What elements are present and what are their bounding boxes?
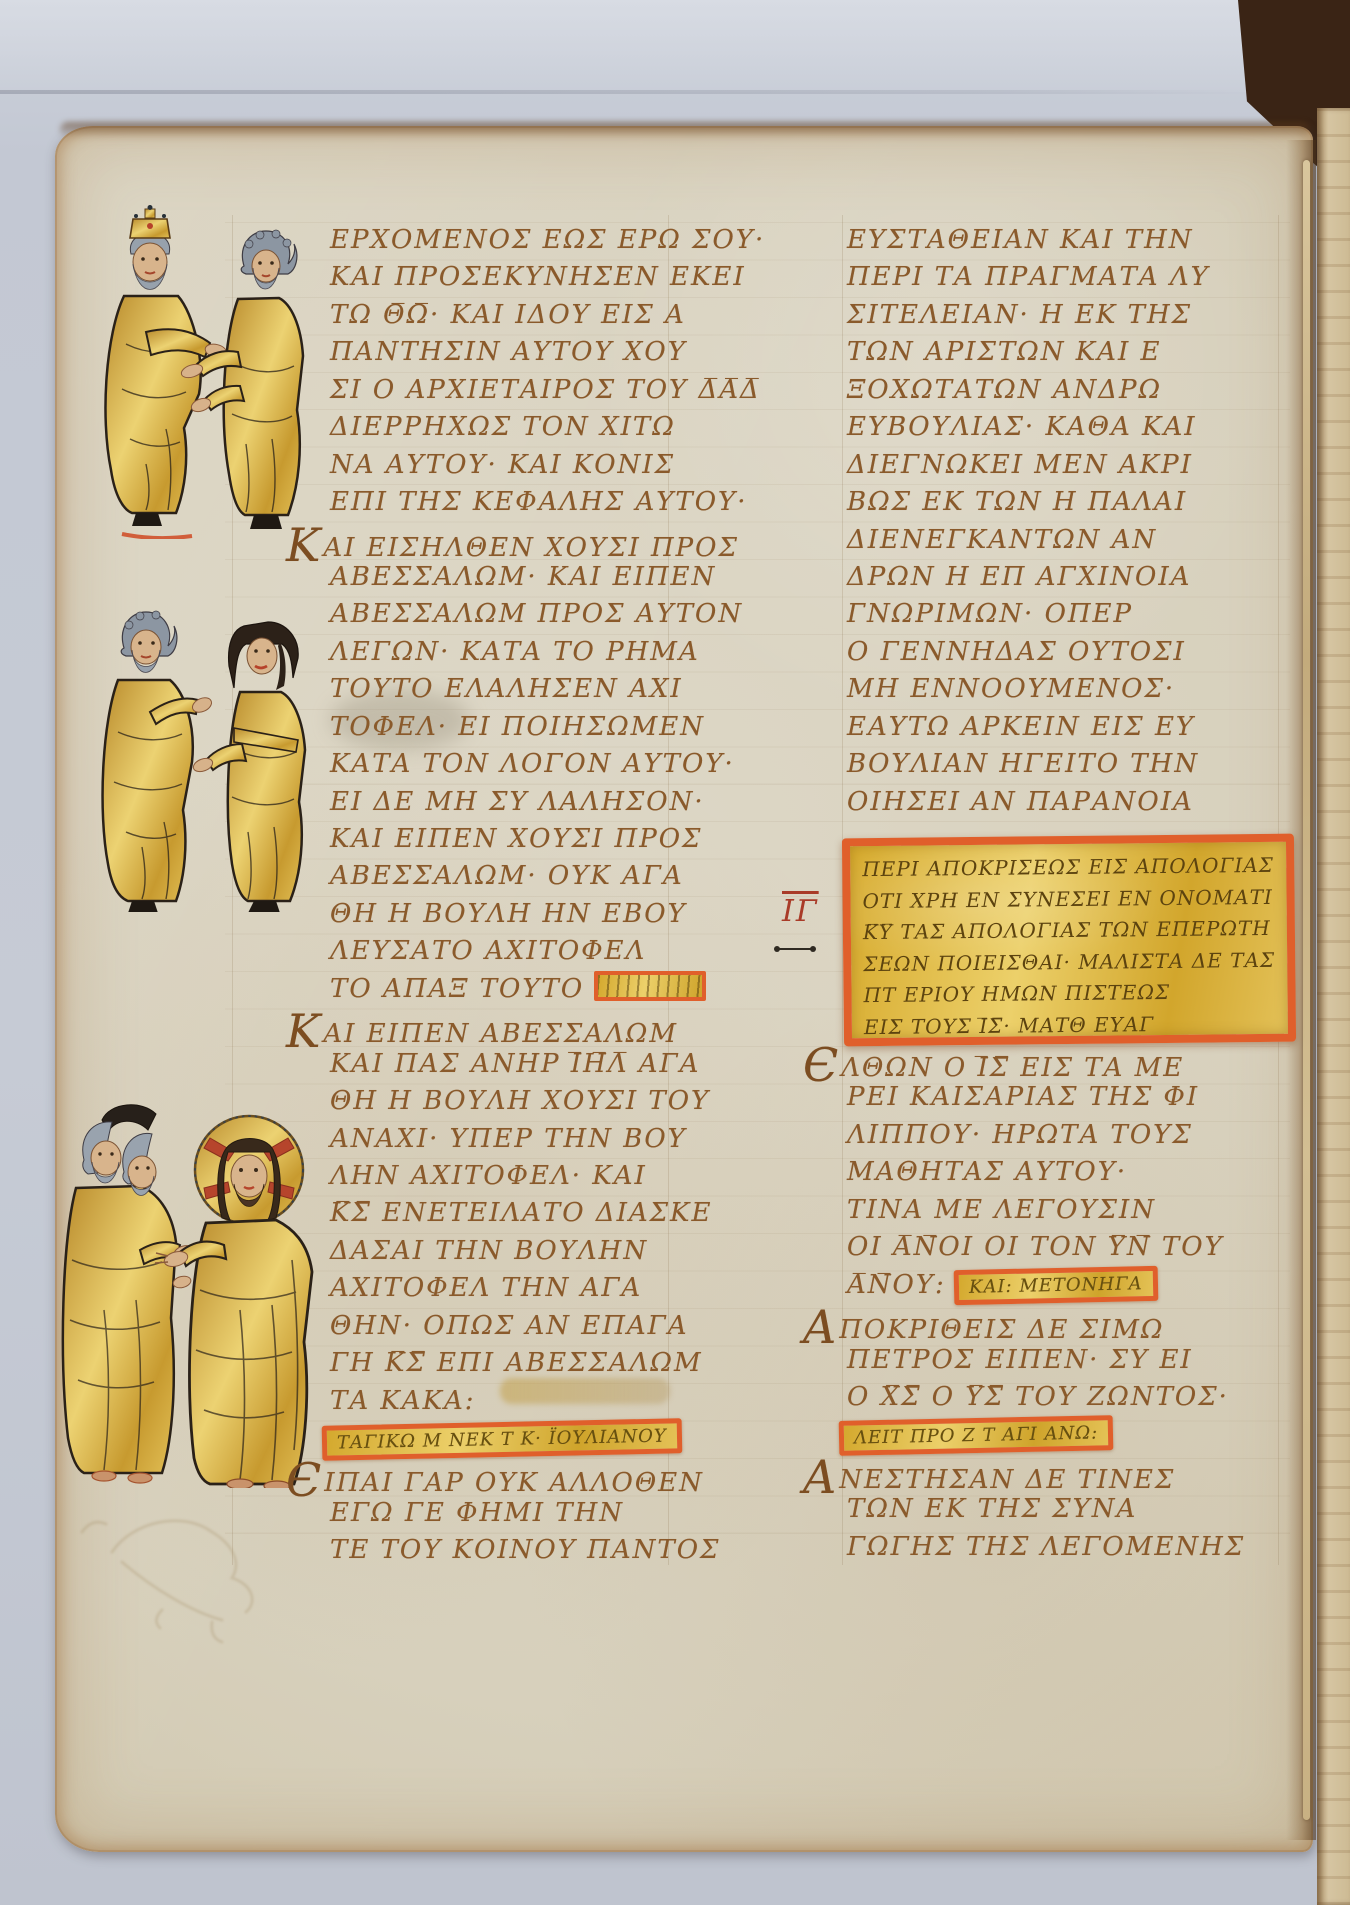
text-line: ΜΗ ΕΝΝΟΟΥΜΕΝΟΣ· xyxy=(847,671,1287,708)
text-line: ΜΑΘΗΤΑΣ ΑΥΤΟΥ· xyxy=(847,1154,1287,1191)
text-line: ΛΕΙΤ ΠΡΟ Ζ Τ ΑΓΙ ΑΝΩ: xyxy=(831,1416,1287,1453)
text-line: ΤΑ ΚΑΚΑ: xyxy=(330,1383,670,1420)
manuscript-photo: ΙΓ ΕΡΧΟΜΕΝΟΣ ΕΩΣ ΕΡΩ ΣΟΥ·ΚΑΙ ΠΡΟΣΕΚΥΝΗΣΕ… xyxy=(0,0,1350,1905)
text-line: Ο ΓΕΝΝΗΔΑΣ ΟΥΤΟΣΙ xyxy=(847,634,1287,671)
text-line: ΓΗ Κ̅Σ̅ ΕΠΙ ΑΒΕΣΣΑΛΩΜ xyxy=(330,1345,670,1382)
text-line: ΔΡΩΝ Η ΕΠ ΑΓΧΙΝΟΙΑ xyxy=(847,559,1287,596)
text-line: ΟΙΗΣΕΙ ΑΝ ΠΑΡΑΝΟΙΑ xyxy=(847,784,1287,821)
text-line: ΠΕΡΙ ΤΑ ΠΡΑΓΜΑΤΑ ΛΥ xyxy=(847,259,1287,296)
text-line: ΤΟ ΑΠΑΞ ΤΟΥΤΟ xyxy=(330,971,670,1008)
text-line: ΣΙ Ο ΑΡΧΙΕΤΑΙΡΟΣ ΤΟΥ Δ̅Α̅Δ̅ xyxy=(330,372,670,409)
text-line: ΑΧΙΤΟΦΕΛ ΤΗΝ ΑΓΑ xyxy=(330,1270,670,1307)
text-line: ΟΙ Α̅Ν̅ΟΙ ΟΙ ΤΟΝ Υ̅Ν̅ ΤΟΥ xyxy=(847,1229,1287,1266)
right-text-column-upper: ΕΥΣΤΑΘΕΙΑΝ ΚΑΙ ΤΗΝΠΕΡΙ ΤΑ ΠΡΑΓΜΑΤΑ ΛΥΣΙΤ… xyxy=(847,222,1287,821)
initial-letter: Α xyxy=(803,1300,836,1354)
text-line: ΕΑΥΤΩ ΑΡΚΕΙΝ ΕΙΣ ΕΥ xyxy=(847,709,1287,746)
miniature-christ-and-apostles xyxy=(44,1060,344,1488)
text-line: ΕΓΩ ΓΕ ΦΗΜΙ ΤΗΝ xyxy=(330,1495,670,1532)
text-line: ΑΝΕΣΤΗΣΑΝ ΔΕ ΤΙΝΕΣ xyxy=(803,1454,1287,1491)
gold-rubric-band: ΤΑΓΙΚΩ Μ ΝΕΚ Τ Κ· ΪΟΥΛΙΑΝΟΥ xyxy=(322,1418,682,1461)
numeral-ornament xyxy=(778,948,812,950)
text-line: ΓΩΓΗΣ ΤΗΣ ΛΕΓΟΜΕΝΗΣ xyxy=(847,1529,1287,1566)
text-line: ΚΑΙ ΕΙΠΕΝ ΑΒΕΣΣΑΛΩΜ xyxy=(286,1008,670,1045)
text-line: ΘΗΝ· ΟΠΩΣ ΑΝ ΕΠΑΓΑ xyxy=(330,1308,670,1345)
text-line: ΑΒΕΣΣΑΛΩΜ· ΚΑΙ ΕΙΠΕΝ xyxy=(330,559,670,596)
gold-rubric-band: ΛΕΙΤ ΠΡΟ Ζ Τ ΑΓΙ ΑΝΩ: xyxy=(839,1415,1114,1456)
text-line: ΚΑΙ ΠΑΣ ΑΝΗΡ Ι̅Η̅Λ̅ ΑΓΑ xyxy=(330,1046,670,1083)
text-line: ΡΕΙ ΚΑΙΣΑΡΙΑΣ ΤΗΣ ΦΙ xyxy=(847,1079,1287,1116)
text-line: ΔΑΣΑΙ ΤΗΝ ΒΟΥΛΗΝ xyxy=(330,1233,670,1270)
gold-box-line: ΕΙΣ ΤΟΥΣ Ι̅Σ̅· ΜΑΤΘ ΕΥΑΓ xyxy=(864,1007,1276,1043)
text-line: Α̅Ν̅ΟΥ:ΚΑΙ: ΜΕΤΟΝΗΓΑ xyxy=(847,1267,1287,1304)
text-line: ΘΗ Η ΒΟΥΛΗ ΗΝ ΕΒΟΥ xyxy=(330,896,670,933)
text-line: ΕΠΙ ΤΗΣ ΚΕΦΑΛΗΣ ΑΥΤΟΥ· xyxy=(330,484,670,521)
initial-letter: Κ xyxy=(286,518,320,572)
miniature-david-and-hushai xyxy=(86,204,336,539)
gold-box-line: ΣΕΩΝ ΠΟΙΕΙΣΘΑΙ· ΜΑΛΙΣΤΑ ΔΕ ΤΑΣ xyxy=(863,944,1275,980)
text-line: ΤΩΝ ΕΚ ΤΗΣ ΣΥΝΑ xyxy=(847,1491,1287,1528)
gold-chip xyxy=(594,971,706,1001)
text-line: ΛΕΓΩΝ· ΚΑΤΑ ΤΟ ΡΗΜΑ xyxy=(330,634,670,671)
initial-letter: Κ xyxy=(286,1004,320,1058)
text-line: ΚΑΙ ΕΙΠΕΝ ΧΟΥΣΙ ΠΡΟΣ xyxy=(330,821,670,858)
text-line: ΚΑΙ ΕΙΣΗΛΘΕΝ ΧΟΥΣΙ ΠΡΟΣ xyxy=(286,522,670,559)
text-line: ΚΑΤΑ ΤΟΝ ΛΟΓΟΝ ΑΥΤΟΥ· xyxy=(330,746,670,783)
text-line: ΝΑ ΑΥΤΟΥ· ΚΑΙ ΚΟΝΙΣ xyxy=(330,447,670,484)
binding-thread xyxy=(1303,160,1310,1820)
text-line: ΤΩ Θ̅Ω̅· ΚΑΙ ΙΔΟΥ ΕΙΣ Α xyxy=(330,297,670,334)
text-line: ΕΙ ΔΕ ΜΗ ΣΥ ΛΑΛΗΣΟΝ· xyxy=(330,784,670,821)
text-line: ЄΙΠΑΙ ΓΑΡ ΟΥΚ ΑΛΛΟΘΕΝ xyxy=(286,1457,670,1494)
felt-fold-line xyxy=(0,90,1250,94)
chapter-numeral: ΙΓ xyxy=(782,896,819,928)
text-line: ΒΩΣ ΕΚ ΤΩΝ Η ΠΑΛΑΙ xyxy=(847,484,1287,521)
page-burned-edge xyxy=(60,122,1310,138)
text-line: ΔΙΕΝΕΓΚΑΝΤΩΝ ΑΝ xyxy=(847,522,1287,559)
gold-box-line: ΠΤ ΕΡΙΟΥ ΗΜΩΝ ΠΙΣΤΕΩΣ xyxy=(863,976,1275,1012)
text-line: Ο Χ̅Σ̅ Ο Υ̅Σ̅ ΤΟΥ ΖΩΝΤΟΣ· xyxy=(847,1379,1287,1416)
text-line: ΑΒΕΣΣΑΛΩΜ ΠΡΟΣ ΑΥΤΟΝ xyxy=(330,596,670,633)
gold-rubric-band: ΚΑΙ: ΜΕΤΟΝΗΓΑ xyxy=(953,1266,1157,1305)
gold-box-line: Κ̅Υ̅ ΤΑΣ ΑΠΟΛΟΓΙΑΣ ΤΩΝ ΕΠΕΡΩΤΗ xyxy=(863,913,1275,949)
initial-letter: Є xyxy=(803,1038,838,1092)
miniature-elder-and-absalom xyxy=(84,592,336,912)
text-line: ΓΝΩΡΙΜΩΝ· ΟΠΕΡ xyxy=(847,596,1287,633)
left-text-column: ΕΡΧΟΜΕΝΟΣ ΕΩΣ ΕΡΩ ΣΟΥ·ΚΑΙ ΠΡΟΣΕΚΥΝΗΣΕΝ Ε… xyxy=(330,222,670,1570)
text-line: ΔΙΕΡΡΗΧΩΣ ΤΟΝ ΧΙΤΩ xyxy=(330,409,670,446)
text-line: ΣΙΤΕΛΕΙΑΝ· Η ΕΚ ΤΗΣ xyxy=(847,297,1287,334)
text-line: ΤΕ ΤΟΥ ΚΟΙΝΟΥ ΠΑΝΤΟΣ xyxy=(330,1532,670,1569)
text-line: ΛΙΠΠΟΥ· ΗΡΩΤΑ ΤΟΥΣ xyxy=(847,1117,1287,1154)
gold-box-line: ΟΤΙ ΧΡΗ ΕΝ ΣΥΝΕΣΕΙ ΕΝ ΟΝΟΜΑΤΙ xyxy=(862,881,1274,917)
text-line: ΘΗ Η ΒΟΥΛΗ ΧΟΥΣΙ ΤΟΥ xyxy=(330,1083,670,1120)
text-line: ΤΟΦΕΛ· ΕΙ ΠΟΙΗΣΩΜΕΝ xyxy=(330,709,670,746)
initial-letter: Є xyxy=(286,1453,321,1507)
text-line: ЄΛΘΩΝ Ο Ι̅Σ̅ ΕΙΣ ΤΑ ΜΕ xyxy=(803,1042,1287,1079)
gold-box-line: ΠΕΡΙ ΑΠΟΚΡΙΣΕΩΣ ΕΙΣ ΑΠΟΛΟΓΙΑΣ xyxy=(862,850,1274,886)
text-line: ΛΕΥΣΑΤΟ ΑΧΙΤΟΦΕΛ xyxy=(330,933,670,970)
text-line: ΠΕΤΡΟΣ ΕΙΠΕΝ· ΣΥ ΕΙ xyxy=(847,1342,1287,1379)
initial-letter: Α xyxy=(803,1450,836,1504)
felt-background xyxy=(0,0,1350,92)
text-line: ΔΙΕΓΝΩΚΕΙ ΜΕΝ ΑΚΡΙ xyxy=(847,447,1287,484)
text-line: Κ̅Σ̅ ΕΝΕΤΕΙΛΑΤΟ ΔΙΑΣΚΕ xyxy=(330,1195,670,1232)
text-line: ΤΙΝΑ ΜΕ ΛΕΓΟΥΣΙΝ xyxy=(847,1192,1287,1229)
gold-title-box: ΠΕΡΙ ΑΠΟΚΡΙΣΕΩΣ ΕΙΣ ΑΠΟΛΟΓΙΑΣΟΤΙ ΧΡΗ ΕΝ … xyxy=(842,834,1296,1047)
text-line: ΞΟΧΩΤΑΤΩΝ ΑΝΔΡΩ xyxy=(847,372,1287,409)
right-text-column-lower: ЄΛΘΩΝ Ο Ι̅Σ̅ ΕΙΣ ΤΑ ΜΕΡΕΙ ΚΑΙΣΑΡΙΑΣ ΤΗΣ … xyxy=(847,1042,1287,1566)
text-line: ΛΗΝ ΑΧΙΤΟΦΕΛ· ΚΑΙ xyxy=(330,1158,670,1195)
text-line: ΤΑΓΙΚΩ Μ ΝΕΚ Τ Κ· ΪΟΥΛΙΑΝΟΥ xyxy=(314,1420,670,1457)
text-line: ΕΥΒΟΥΛΙΑΣ· ΚΑΘΑ ΚΑΙ xyxy=(847,409,1287,446)
offset-sketch xyxy=(62,1492,282,1662)
facing-page-edge xyxy=(1317,108,1350,1905)
text-line: ΑΠΟΚΡΙΘΕΙΣ ΔΕ ΣΙΜΩ xyxy=(803,1304,1287,1341)
text-line: ΕΥΣΤΑΘΕΙΑΝ ΚΑΙ ΤΗΝ xyxy=(847,222,1287,259)
text-line: ΒΟΥΛΙΑΝ ΗΓΕΙΤΟ ΤΗΝ xyxy=(847,746,1287,783)
text-line: ΑΒΕΣΣΑΛΩΜ· ΟΥΚ ΑΓΑ xyxy=(330,858,670,895)
text-line: ΤΟΥΤΟ ΕΛΑΛΗΣΕΝ ΑΧΙ xyxy=(330,671,670,708)
text-line: ΕΡΧΟΜΕΝΟΣ ΕΩΣ ΕΡΩ ΣΟΥ· xyxy=(330,222,670,259)
text-line: ΑΝΑΧΙ· ΥΠΕΡ ΤΗΝ ΒΟΥ xyxy=(330,1121,670,1158)
text-line: ΤΩΝ ΑΡΙΣΤΩΝ ΚΑΙ Ε xyxy=(847,334,1287,371)
text-line: ΠΑΝΤΗΣΙΝ ΑΥΤΟΥ ΧΟΥ xyxy=(330,334,670,371)
text-line: ΚΑΙ ΠΡΟΣΕΚΥΝΗΣΕΝ ΕΚΕΙ xyxy=(330,259,670,296)
